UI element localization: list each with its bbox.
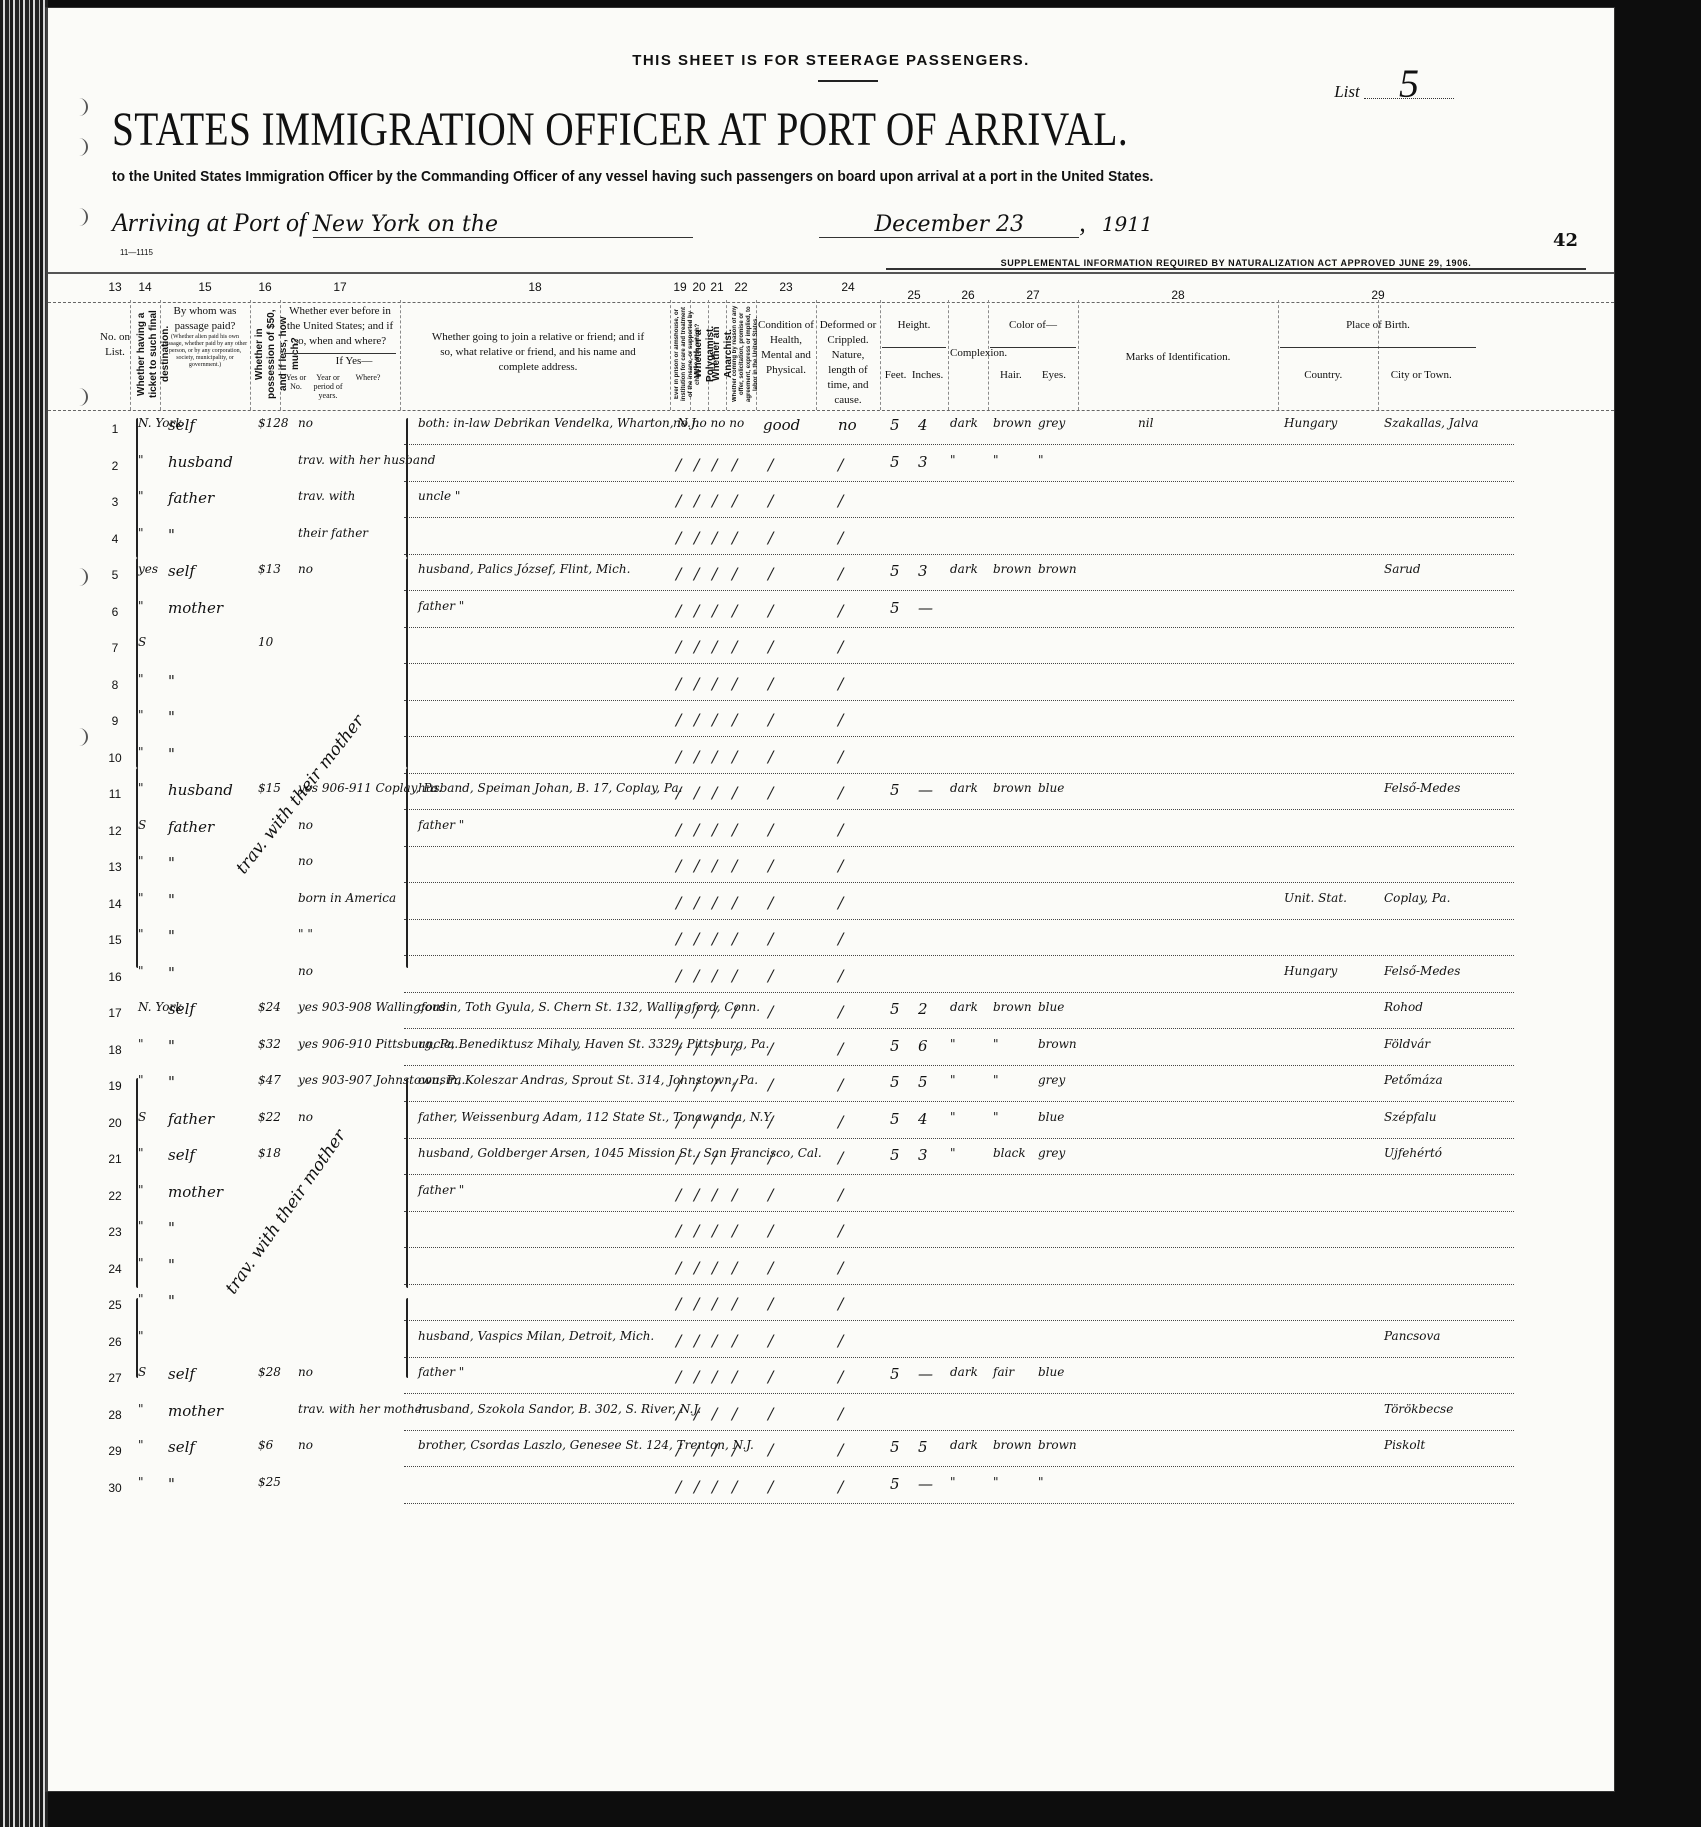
ditto-mark: /	[838, 966, 843, 985]
table-row: 20Sfather$22nofather, Weissenburg Adam, …	[48, 1104, 1614, 1139]
cell-ticket: "	[138, 1183, 144, 1197]
page-number: 42	[1553, 230, 1578, 251]
table-row: 19""$47yes 903-907 Johnstown, Pa.cousin,…	[48, 1067, 1614, 1102]
cell-money: $22	[258, 1110, 281, 1124]
ditto-mark: /	[732, 1294, 737, 1313]
ditto-mark: /	[768, 564, 773, 583]
cell-city: Felső-Medes	[1384, 964, 1460, 978]
ditto-mark: /	[694, 1258, 699, 1277]
cell-hair: "	[993, 1475, 999, 1489]
ditto-mark: /	[712, 674, 717, 693]
cell-ticket: "	[138, 526, 144, 540]
cell-eyes: brown	[1038, 1037, 1077, 1051]
ditto-mark: /	[838, 820, 843, 839]
header-polygamist: Whether a Polygamist.	[693, 304, 707, 404]
col-24-num: 24	[816, 280, 880, 294]
cell-paid-by: "	[168, 1073, 175, 1091]
cell-ticket: "	[138, 708, 144, 722]
ditto-mark: /	[712, 1477, 717, 1496]
cell-feet: 5	[890, 1146, 900, 1164]
cell-feet: 5	[890, 1438, 900, 1456]
cell-city: Petőmáza	[1384, 1073, 1443, 1087]
row-rule	[404, 846, 1514, 847]
cell-join: husband, Palics József, Flint, Mich.	[418, 562, 630, 576]
table-row: 16""noHungaryFelső-Medes//////	[48, 958, 1614, 993]
cell-money: $25	[258, 1475, 281, 1489]
header-place-of-birth: Place of Birth. Country.City or Town.	[1280, 318, 1476, 383]
ditto-mark: /	[676, 1477, 681, 1496]
table-row: 15""" "//////	[48, 921, 1614, 956]
family-brace	[136, 558, 138, 768]
ditto-mark: /	[676, 856, 681, 875]
cell-join: cousin, Koleszar Andras, Sprout St. 314,…	[418, 1073, 758, 1087]
cell-complexion: "	[950, 1073, 956, 1087]
row-rule	[404, 1247, 1514, 1248]
ditto-mark: /	[694, 1440, 699, 1459]
row-rule	[404, 992, 1514, 993]
ditto-mark: /	[676, 455, 681, 474]
ditto-mark: /	[732, 1185, 737, 1204]
ditto-mark: /	[694, 1294, 699, 1313]
ditto-mark: /	[712, 1367, 717, 1386]
cell-before: no	[298, 818, 313, 832]
family-brace	[406, 1078, 408, 1288]
cell-ticket: "	[138, 1146, 144, 1160]
header-prison-charity: Ever in prison or almshouse, or institut…	[674, 304, 688, 404]
ditto-mark: /	[768, 856, 773, 875]
header-join-relative: Whether going to join a relative or frie…	[428, 330, 648, 375]
cell-feet: 5	[890, 1110, 900, 1128]
row-number: 30	[100, 1481, 130, 1495]
row-number: 3	[100, 495, 130, 509]
cell-paid-by: self	[168, 416, 195, 434]
cell-join: father, Weissenburg Adam, 112 State St.,…	[418, 1110, 774, 1124]
cell-paid-by: "	[168, 1475, 175, 1493]
cell-inches: 4	[918, 416, 928, 434]
cell-ticket: S	[138, 1365, 146, 1379]
cell-paid-by: father	[168, 1110, 214, 1128]
col-13-num: 13	[100, 280, 130, 294]
cell-paid-by: "	[168, 927, 175, 945]
ditto-mark: /	[712, 1148, 717, 1167]
ditto-mark: /	[838, 856, 843, 875]
ditto-mark: /	[768, 1258, 773, 1277]
ditto-mark: /	[768, 1221, 773, 1240]
ditto-mark: /	[712, 710, 717, 729]
cell-ticket: "	[138, 891, 144, 905]
col-16-num: 16	[250, 280, 280, 294]
cell-before: trav. with her mother	[298, 1402, 428, 1416]
ditto-mark: /	[838, 1002, 843, 1021]
cell-join: husband, Szokola Sandor, B. 302, S. Rive…	[418, 1402, 701, 1416]
cell-complexion: dark	[950, 1000, 978, 1014]
ditto-mark: /	[676, 1331, 681, 1350]
table-row: 21"self$18husband, Goldberger Arsen, 104…	[48, 1140, 1614, 1175]
cell-feet: 5	[890, 599, 900, 617]
ditto-mark: /	[838, 1331, 843, 1350]
cell-ticket: S	[138, 818, 146, 832]
ditto-mark: /	[732, 929, 737, 948]
row-number: 14	[100, 897, 130, 911]
cell-join: both: in-law Debrikan Vendelka, Wharton,…	[418, 416, 699, 430]
cell-complexion: dark	[950, 781, 978, 795]
ditto-mark: /	[676, 710, 681, 729]
ditto-mark: /	[768, 893, 773, 912]
manifest-sheet: THIS SHEET IS FOR STEERAGE PASSENGERS. L…	[46, 8, 1614, 1791]
cell-paid-by: mother	[168, 599, 223, 617]
ditto-mark: /	[694, 783, 699, 802]
cell-paid-by: self	[168, 562, 195, 580]
ledger-binding	[0, 0, 48, 1827]
cell-paid-by: "	[168, 964, 175, 982]
ditto-mark: /	[838, 601, 843, 620]
row-rule	[404, 1284, 1514, 1285]
cell-before: no	[298, 1438, 313, 1452]
cell-ticket: "	[138, 745, 144, 759]
cell-paid-by: father	[168, 818, 214, 836]
row-rule	[404, 1101, 1514, 1102]
ditto-mark: /	[676, 820, 681, 839]
column-header-row: No. on List. Whether having a ticket to …	[48, 300, 1614, 411]
row-number: 4	[100, 532, 130, 546]
cell-complexion: "	[950, 1037, 956, 1051]
ditto-mark: /	[694, 528, 699, 547]
cell-hair: black	[993, 1146, 1026, 1160]
ditto-mark: /	[838, 1440, 843, 1459]
cell-hair: brown	[993, 416, 1032, 430]
row-rule	[404, 919, 1514, 920]
ditto-mark: /	[676, 564, 681, 583]
cell-inches: —	[918, 599, 933, 617]
ditto-mark: /	[676, 1075, 681, 1094]
ditto-mark: /	[694, 1039, 699, 1058]
ditto-mark: /	[694, 1404, 699, 1423]
ditto-mark: /	[838, 1477, 843, 1496]
cell-money: $18	[258, 1146, 281, 1160]
cell-eyes: blue	[1038, 1110, 1064, 1124]
cell-before: " "	[298, 927, 313, 941]
ditto-mark: /	[694, 1477, 699, 1496]
cell-city: Szakallas, Jalva	[1384, 416, 1478, 430]
cell-ticket: "	[138, 599, 144, 613]
cell-paid-by: "	[168, 1219, 175, 1237]
cell-city: Földvár	[1384, 1037, 1430, 1051]
row-number: 5	[100, 568, 130, 582]
cell-before: no	[298, 562, 313, 576]
header-marks: Marks of Identification.	[1088, 350, 1268, 365]
ditto-mark: /	[694, 601, 699, 620]
table-row: 13""no//////	[48, 848, 1614, 883]
ditto-mark: /	[694, 1075, 699, 1094]
family-brace	[136, 1298, 138, 1378]
ditto-mark: /	[838, 1221, 843, 1240]
cell-inches: 5	[918, 1073, 928, 1091]
ditto-mark: /	[676, 1294, 681, 1313]
ditto-mark: /	[732, 1075, 737, 1094]
cell-eyes: grey	[1038, 416, 1065, 430]
list-label: List	[1334, 82, 1360, 101]
cell-ticket: "	[138, 1219, 144, 1233]
arrival-date: December 23	[819, 212, 1079, 238]
ditto-mark: /	[768, 929, 773, 948]
cell-join: cousin, Toth Gyula, S. Chern St. 132, Wa…	[418, 1000, 760, 1014]
ditto-mark: /	[732, 893, 737, 912]
cell-ticket: "	[138, 1073, 144, 1087]
ditto-mark: /	[712, 1221, 717, 1240]
row-number: 15	[100, 933, 130, 947]
ditto-mark: /	[676, 893, 681, 912]
row-number: 23	[100, 1225, 130, 1239]
family-brace	[406, 558, 408, 768]
ditto-mark: /	[768, 528, 773, 547]
table-row: 28"mothertrav. with her motherhusband, S…	[48, 1396, 1614, 1431]
header-ever-before: Whether ever before in the United States…	[284, 304, 396, 400]
family-brace	[136, 418, 138, 558]
row-rule	[404, 1503, 1514, 1504]
cell-before: trav. with her husband	[298, 453, 435, 467]
divider	[818, 80, 878, 82]
row-number: 25	[100, 1298, 130, 1312]
cell-complexion: dark	[950, 1365, 978, 1379]
table-row: 4""their father//////	[48, 520, 1614, 555]
row-rule	[404, 1138, 1514, 1139]
ditto-mark: /	[694, 929, 699, 948]
cell-feet: 5	[890, 453, 900, 471]
arriving-label: Arriving at Port of	[112, 208, 306, 237]
cell-deformed: no	[838, 416, 857, 434]
table-row: 2"husbandtrav. with her husband53"""////…	[48, 447, 1614, 482]
ditto-mark: /	[712, 1440, 717, 1459]
ditto-mark: /	[838, 893, 843, 912]
cell-ticket: "	[138, 1402, 144, 1416]
ditto-mark: /	[732, 637, 737, 656]
ditto-mark: /	[676, 528, 681, 547]
ditto-mark: /	[694, 1002, 699, 1021]
ditto-mark: /	[838, 637, 843, 656]
table-row: 9""//////	[48, 702, 1614, 737]
cell-eyes: grey	[1038, 1073, 1065, 1087]
ditto-mark: /	[768, 491, 773, 510]
cell-paid-by: "	[168, 672, 175, 690]
cell-hair: "	[993, 453, 999, 467]
ditto-mark: /	[768, 1477, 773, 1496]
ditto-mark: /	[838, 1404, 843, 1423]
ditto-mark: /	[712, 564, 717, 583]
cell-paid-by: self	[168, 1365, 195, 1383]
cell-ticket: "	[138, 1037, 144, 1051]
ditto-mark: /	[676, 966, 681, 985]
cell-hair: brown	[993, 781, 1032, 795]
ditto-mark: /	[768, 601, 773, 620]
header-labor-offer: Whether coming by reason of any offer, s…	[732, 304, 752, 404]
cell-money: $32	[258, 1037, 281, 1051]
ditto-mark: /	[732, 528, 737, 547]
ditto-mark: /	[712, 966, 717, 985]
page-subtitle: to the United States Immigration Officer…	[112, 168, 1153, 185]
table-row: 8""//////	[48, 666, 1614, 701]
cell-inches: 6	[918, 1037, 928, 1055]
cell-paid-by: husband	[168, 781, 233, 799]
ditto-mark: /	[838, 528, 843, 547]
cell-ticket: S	[138, 1110, 146, 1124]
ditto-mark: /	[768, 966, 773, 985]
ditto-mark: /	[732, 820, 737, 839]
row-number: 22	[100, 1189, 130, 1203]
col-14-num: 14	[130, 280, 160, 294]
ditto-mark: /	[712, 1404, 717, 1423]
ditto-mark: /	[732, 491, 737, 510]
header-anarchist: Whether an Anarchist.	[711, 304, 725, 404]
row-number: 19	[100, 1079, 130, 1093]
ditto-mark: /	[838, 783, 843, 802]
row-number: 7	[100, 641, 130, 655]
ditto-mark: /	[676, 929, 681, 948]
ditto-mark: /	[694, 1221, 699, 1240]
cell-before: no	[298, 1110, 313, 1124]
table-row: 25""//////	[48, 1286, 1614, 1321]
cell-join: father "	[418, 599, 464, 613]
list-number: 5	[1364, 70, 1454, 99]
row-rule	[404, 1393, 1514, 1394]
cell-feet: 5	[890, 1000, 900, 1018]
ditto-mark: /	[694, 856, 699, 875]
row-rule	[404, 1466, 1514, 1467]
form-code: 11—1115	[120, 248, 153, 257]
col-23-num: 23	[756, 280, 816, 294]
ditto-mark: /	[694, 710, 699, 729]
col-19-num: 19	[670, 280, 690, 294]
cell-money: $13	[258, 562, 281, 576]
ditto-mark: /	[732, 1258, 737, 1277]
cell-ticket: "	[138, 1475, 144, 1489]
cell-paid-by: "	[168, 1256, 175, 1274]
ditto-mark: /	[694, 747, 699, 766]
ditto-mark: /	[838, 1185, 843, 1204]
ditto-mark: /	[732, 1148, 737, 1167]
row-number: 18	[100, 1043, 130, 1057]
family-brace	[406, 1298, 408, 1378]
ditto-mark: /	[676, 1112, 681, 1131]
cell-eyes: "	[1038, 453, 1044, 467]
cell-hair: brown	[993, 1000, 1032, 1014]
cell-complexion: dark	[950, 562, 978, 576]
ditto-mark: /	[712, 1294, 717, 1313]
row-rule	[404, 1065, 1514, 1066]
ditto-mark: /	[838, 564, 843, 583]
row-rule	[404, 627, 1514, 628]
cell-feet: 5	[890, 1037, 900, 1055]
cell-money: 10	[258, 635, 273, 649]
cell-complexion: "	[950, 453, 956, 467]
table-row: 24""//////	[48, 1250, 1614, 1285]
ditto-mark: /	[768, 1075, 773, 1094]
ditto-mark: /	[712, 893, 717, 912]
cell-before: no	[298, 964, 313, 978]
cell-city: Piskolt	[1384, 1438, 1425, 1452]
row-rule	[404, 809, 1514, 810]
cell-money: $28	[258, 1365, 281, 1379]
ditto-mark: /	[694, 1367, 699, 1386]
row-number: 11	[100, 787, 130, 801]
row-rule	[404, 1320, 1514, 1321]
cell-eyes: grey	[1038, 1146, 1065, 1160]
cell-paid-by: "	[168, 1037, 175, 1055]
ditto-mark: /	[732, 564, 737, 583]
ditto-mark: /	[676, 491, 681, 510]
cell-complexion: "	[950, 1146, 956, 1160]
ditto-mark: /	[712, 455, 717, 474]
ditto-mark: /	[712, 1039, 717, 1058]
ditto-mark: /	[768, 820, 773, 839]
header-color-of: Color of— Hair.Eyes.	[990, 318, 1076, 383]
cell-before: born in America	[298, 891, 396, 905]
cell-q19-22: no no no no	[673, 416, 744, 430]
ditto-mark: /	[676, 1404, 681, 1423]
cell-before: trav. with	[298, 489, 355, 503]
cell-ticket: "	[138, 672, 144, 686]
ditto-mark: /	[768, 674, 773, 693]
ditto-mark: /	[712, 601, 717, 620]
family-brace	[136, 768, 138, 968]
port-of-arrival: New York on the	[313, 212, 693, 238]
cell-country: Unit. Stat.	[1284, 891, 1347, 905]
header-height: Height. Feet.Inches.	[882, 318, 946, 383]
ditto-mark: /	[694, 1185, 699, 1204]
cell-money: $6	[258, 1438, 273, 1452]
row-rule	[404, 882, 1514, 883]
ditto-mark: /	[732, 710, 737, 729]
row-number: 24	[100, 1262, 130, 1276]
ditto-mark: /	[768, 1148, 773, 1167]
ditto-mark: /	[732, 856, 737, 875]
ditto-mark: /	[838, 1294, 843, 1313]
cell-ticket: yes	[138, 562, 158, 576]
cell-ticket: "	[138, 927, 144, 941]
ditto-mark: /	[732, 1367, 737, 1386]
cell-eyes: "	[1038, 1475, 1044, 1489]
cell-feet: 5	[890, 1475, 900, 1493]
list-number-field: List 5	[1334, 70, 1454, 102]
cell-hair: "	[993, 1073, 999, 1087]
cell-feet: 5	[890, 1365, 900, 1383]
table-row: 1N. Yorkself$128noboth: in-law Debrikan …	[48, 410, 1614, 445]
ditto-mark: /	[676, 1221, 681, 1240]
ditto-mark: /	[732, 966, 737, 985]
column-number-row: 13 14 15 16 17 18 19 20 21 22 23 24 25 2…	[48, 272, 1614, 303]
cell-complexion: "	[950, 1110, 956, 1124]
cell-city: Pancsova	[1384, 1329, 1440, 1343]
ditto-mark: /	[676, 1440, 681, 1459]
ditto-mark: /	[838, 1367, 843, 1386]
ditto-mark: /	[676, 1002, 681, 1021]
cell-feet: 5	[890, 562, 900, 580]
row-number: 9	[100, 714, 130, 728]
ditto-mark: /	[676, 601, 681, 620]
col-18-num: 18	[400, 280, 670, 294]
ditto-mark: /	[712, 783, 717, 802]
row-number: 27	[100, 1371, 130, 1385]
ditto-mark: /	[694, 455, 699, 474]
ditto-mark: /	[768, 455, 773, 474]
col-15-num: 15	[160, 280, 250, 294]
header-passage-paid: By whom was passage paid? (Whether alien…	[162, 304, 248, 369]
cell-join: father "	[418, 1365, 464, 1379]
ditto-mark: /	[712, 1112, 717, 1131]
ditto-mark: /	[732, 1331, 737, 1350]
cell-money: $128	[258, 416, 289, 430]
ditto-mark: /	[694, 637, 699, 656]
ditto-mark: /	[712, 747, 717, 766]
